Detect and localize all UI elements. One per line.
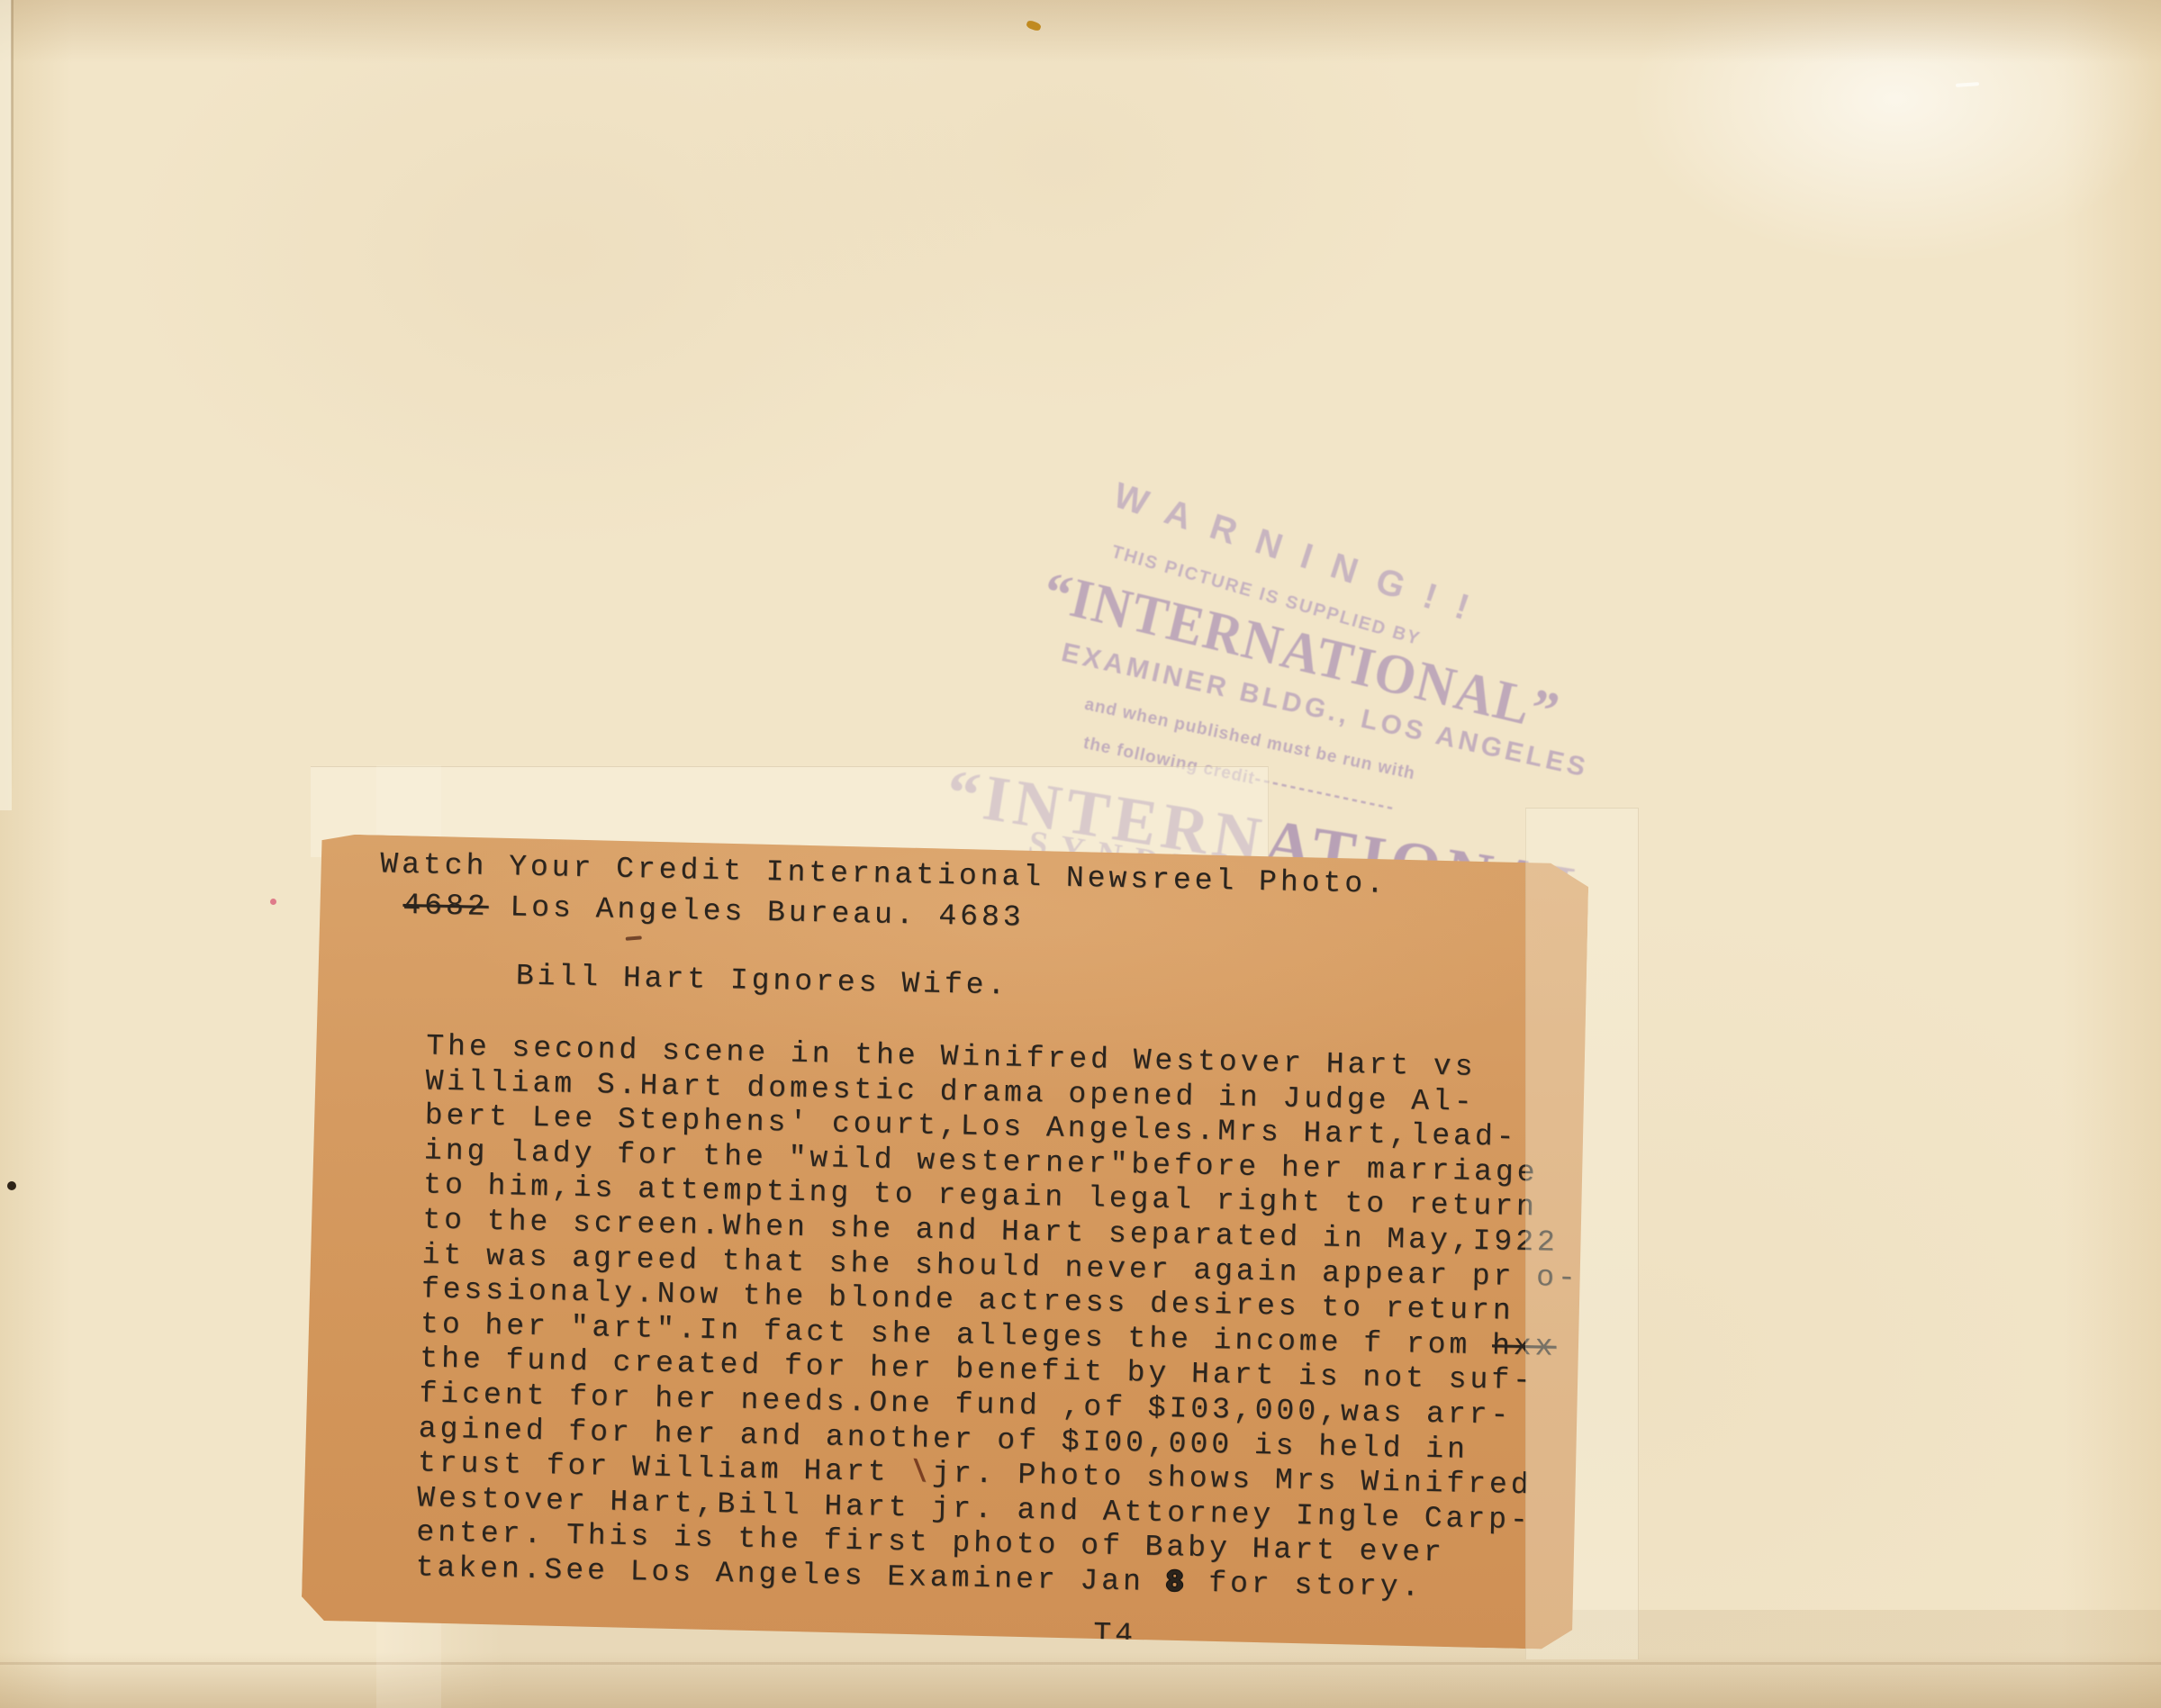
paper-speck — [270, 899, 276, 905]
tape-right — [1525, 808, 1639, 1659]
caption-text-block: Watch Your Credit International Newsreel… — [301, 846, 1588, 1661]
caption-blotted-char: 8 — [1165, 1566, 1188, 1599]
paper-bottom-edge-shading — [0, 1652, 2161, 1708]
caption-text: for story. — [1187, 1566, 1424, 1604]
caption-struck-text: 4682 — [402, 889, 489, 924]
paper-left-edge-line — [11, 0, 14, 792]
caption-text: \ — [909, 1455, 934, 1492]
paper-top-edge-shading — [0, 0, 2161, 63]
photo-verso: WARNING!! THIS PICTURE IS SUPPLIED BY “I… — [0, 0, 2161, 1708]
caption-slip: Watch Your Credit International Newsreel… — [301, 834, 1588, 1649]
paper-speck — [7, 1181, 16, 1190]
